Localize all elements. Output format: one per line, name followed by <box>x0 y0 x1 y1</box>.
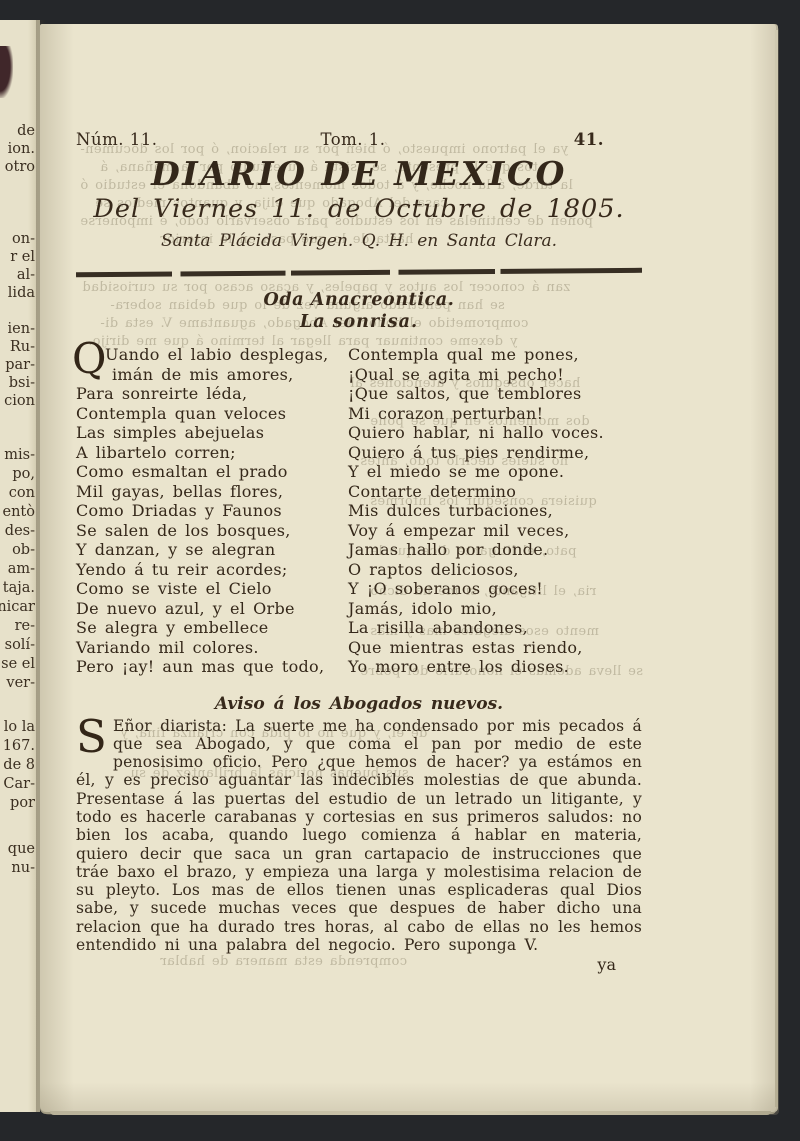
ode-left-column: Q Uando el labio desplegas,imán de mis a… <box>76 345 342 677</box>
issue-number: Núm. 11. <box>76 130 246 149</box>
ode-verse-line: Las simples abejuelas <box>76 423 342 443</box>
ode-verse-line: Se salen de los bosques, <box>76 521 342 541</box>
catchword: ya <box>76 955 642 974</box>
facing-page-text-fragment: ien- <box>8 322 35 337</box>
ode-verse-line: Pero ¡ay! aun mas que todo, <box>76 657 342 677</box>
facing-page-text-fragment: con <box>9 486 35 501</box>
newspaper-page: ya el patrono impuesto, ó bien por su re… <box>40 24 776 1112</box>
facing-page-text-fragment: des- <box>5 524 35 539</box>
ode-subheading: La sonrisa. <box>76 312 642 332</box>
ode-verse-line: Para sonreirte léda, <box>76 384 342 404</box>
facing-page-text-fragment: cion <box>4 394 35 409</box>
ode-verse-line: Como esmaltan el prado <box>76 462 342 482</box>
facing-page-text-fragment: mis- <box>4 448 35 463</box>
masthead-rule <box>76 268 642 277</box>
aviso-paragraph: SEñor diarista: La suerte me ha condensa… <box>76 717 642 955</box>
facing-page-text-fragment: otro <box>5 160 35 175</box>
ode-verse-line: Yendo á tu reir acordes; <box>76 560 342 580</box>
ode-verse-line: Mil gayas, bellas flores, <box>76 482 342 502</box>
ode-verse-line: Y el miedo se me opone. <box>348 462 642 482</box>
ode-dropcap-initial: Q <box>72 339 106 379</box>
masthead-title: DIARIO DE MEXICO <box>76 154 642 193</box>
facing-page-text-fragment: ver- <box>6 676 35 691</box>
ode-columns: Q Uando el labio desplegas,imán de mis a… <box>76 345 642 677</box>
ode-verse-line: imán de mis amores, <box>76 365 342 385</box>
facing-page-text-fragment: de 8 <box>3 758 35 773</box>
ode-verse-line: Contempla quan veloces <box>76 404 342 424</box>
ode-verse-line: ¡Qual se agita mi pecho! <box>348 365 642 385</box>
ode-verse-line: Y danzan, y se alegran <box>76 540 342 560</box>
facing-page-text-fragment: r el <box>10 250 35 265</box>
facing-page-text-fragment: al- <box>17 268 35 283</box>
ode-verse-line: Quiero á tus pies rendirme, <box>348 443 642 463</box>
spine-shadow <box>0 46 13 98</box>
ode-heading: Oda Anacreontica. <box>76 290 642 310</box>
ode-verse-line: Contempla qual me pones, <box>348 345 642 365</box>
facing-page-text-fragment: re- <box>15 619 35 634</box>
ode-verse-line: La risilla abandones, <box>348 618 642 638</box>
aviso-dropcap-initial: S <box>76 717 113 755</box>
ode-verse-line: Voy á empezar mil veces, <box>348 521 642 541</box>
facing-page-text-fragment: taja. <box>3 581 35 596</box>
page-content: Núm. 11. Tom. 1. 41. DIARIO DE MEXICO De… <box>76 24 642 974</box>
facing-page-text-fragment: solí- <box>5 638 35 653</box>
saints-day-line: Santa Plácida Virgen. Q. H. en Santa Cla… <box>76 231 642 251</box>
ode-verse-line: O raptos deliciosos, <box>348 560 642 580</box>
ode-verse-line: Se alegra y embellece <box>76 618 342 638</box>
facing-page-edge: deion.otroon-r elal-lidaien-Ru-par-bsi-c… <box>0 20 40 1112</box>
ode-verse-line: Yo moro entre los dioses. <box>348 657 642 677</box>
ode-verse-line: De nuevo azul, y el Orbe <box>76 599 342 619</box>
facing-page-text-fragment: bsi- <box>9 376 35 391</box>
ode-verse-line: Variando mil colores. <box>76 638 342 658</box>
ode-verse-line: Como Driadas y Faunos <box>76 501 342 521</box>
facing-page-text-fragment: lida <box>8 286 35 301</box>
facing-page-text-fragment: 167. <box>3 739 35 754</box>
ode-verse-line: Jamas hallo por donde. <box>348 540 642 560</box>
facing-page-text-fragment: nu- <box>11 861 35 876</box>
ode-verse-line: ¡Que saltos, que temblores <box>348 384 642 404</box>
ode-verse-line: Mis dulces turbaciones, <box>348 501 642 521</box>
facing-page-text-fragment: nicar <box>0 600 35 615</box>
facing-page-text-fragment: por <box>10 796 35 811</box>
ode-verse-line: Jamás, idolo mio, <box>348 599 642 619</box>
volume-number: Tom. 1. <box>222 130 484 149</box>
facing-page-text-fragment: on- <box>12 232 35 247</box>
facing-page-text-fragment: lo la <box>4 720 35 735</box>
running-head: Núm. 11. Tom. 1. 41. <box>76 24 642 149</box>
facing-page-text-fragment: de <box>17 124 35 139</box>
facing-page-text-fragment: po, <box>12 467 35 482</box>
ode-verse-line: Como se viste el Cielo <box>76 579 342 599</box>
facing-page-text-fragment: ion. <box>8 142 35 157</box>
scanned-book-photo: deion.otroon-r elal-lidaien-Ru-par-bsi-c… <box>0 0 800 1141</box>
ode-verse-line: Y ¡O soberanos goces! <box>348 579 642 599</box>
facing-page-text-fragment: entò <box>3 505 35 520</box>
aviso-text: Eñor diarista: La suerte me ha condensad… <box>76 717 642 955</box>
facing-page-text-fragment: ob- <box>12 543 35 558</box>
facing-page-text-fragment: que <box>8 842 35 857</box>
aviso-heading: Aviso á los Abogados nuevos. <box>76 694 642 714</box>
ode-verse-line: Contarte determino <box>348 482 642 502</box>
facing-page-text-fragment: se el <box>1 657 35 672</box>
ode-verse-line: Que mientras estas riendo, <box>348 638 642 658</box>
facing-page-text-fragment: Ru- <box>10 340 35 355</box>
facing-page-text-fragment: am- <box>8 562 35 577</box>
ode-verse-line: Quiero hablar, ni hallo voces. <box>348 423 642 443</box>
masthead-dateline: Del Viernes 11. de Octubre de 1805. <box>76 194 642 224</box>
ode-right-column: Contempla qual me pones,¡Qual se agita m… <box>342 345 642 677</box>
ode-verse-line: Mi corazon perturban! <box>348 404 642 424</box>
ode-verse-line: A libartelo corren; <box>76 443 342 463</box>
facing-page-text-fragment: par- <box>5 358 35 373</box>
page-number: 41. <box>484 130 642 149</box>
ode-verse-line: Uando el labio desplegas, <box>76 345 342 365</box>
facing-page-text-fragment: Car- <box>3 777 35 792</box>
